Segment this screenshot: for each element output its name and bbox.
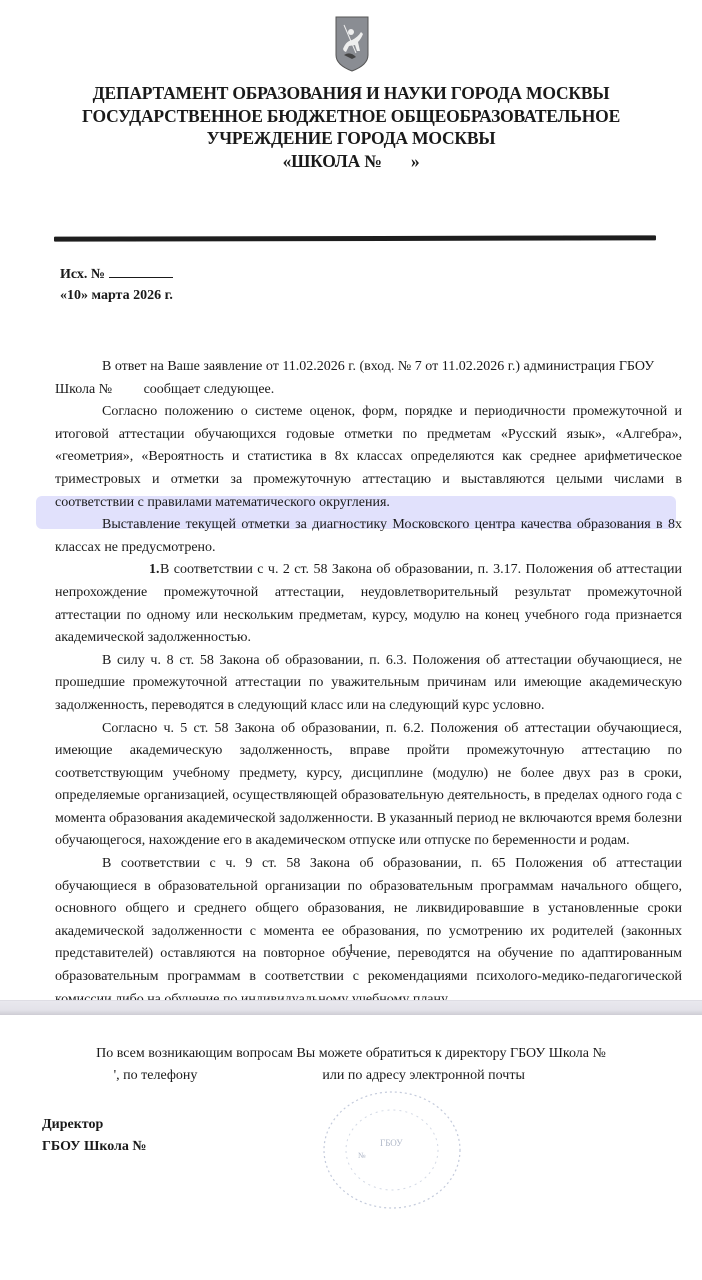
moscow-coat-of-arms-icon	[334, 15, 370, 73]
signature-block: Директор ГБОУ Школа №	[42, 1114, 146, 1158]
paragraph-highlighted-mcko: Выставление текущей отметки за диагности…	[55, 514, 682, 559]
outgoing-number-label: Исх. №	[60, 267, 105, 282]
letterhead-divider	[54, 235, 656, 241]
signer-title: Директор	[42, 1114, 146, 1136]
paragraph-item-1: 1.В соответствии с ч. 2 ст. 58 Закона об…	[55, 559, 682, 649]
contact-line-1: По всем возникающим вопросам Вы можете о…	[0, 1043, 702, 1065]
paragraph-intro-line1: В ответ на Ваше заявление от 11.02.2026 …	[55, 356, 682, 379]
letterhead: ДЕПАРТАМЕНТ ОБРАЗОВАНИЯ И НАУКИ ГОРОДА М…	[0, 82, 702, 172]
outgoing-number-blank	[109, 265, 173, 278]
contact-line-2: ', по телефону или по адресу электронной…	[0, 1065, 702, 1087]
contact-email-label: или по адресу электронной почты	[322, 1068, 524, 1083]
paragraph-repeat-year: В соответствии с ч. 9 ст. 58 Закона об о…	[55, 853, 682, 1011]
department-name: ДЕПАРТАМЕНТ ОБРАЗОВАНИЯ И НАУКИ ГОРОДА М…	[0, 82, 702, 105]
contact-info: По всем возникающим вопросам Вы можете о…	[0, 1043, 702, 1087]
institution-type: ГОСУДАРСТВЕННОЕ БЮДЖЕТНОЕ ОБЩЕОБРАЗОВАТЕ…	[0, 105, 702, 128]
contact-phone-label: ', по телефону	[114, 1068, 198, 1083]
letter-body: В ответ на Ваше заявление от 11.02.2026 …	[55, 356, 682, 1011]
paragraph-conditional-transfer: В силу ч. 8 ст. 58 Закона об образовании…	[55, 650, 682, 718]
outgoing-reference: Исх. № «10» марта 2026 г.	[60, 264, 173, 306]
document-page-1: ДЕПАРТАМЕНТ ОБРАЗОВАНИЯ И НАУКИ ГОРОДА М…	[0, 0, 702, 993]
official-seal-icon: ГБОУ №	[320, 1088, 465, 1213]
svg-text:№: №	[358, 1151, 366, 1160]
institution-city: УЧРЕЖДЕНИЕ ГОРОДА МОСКВЫ	[0, 127, 702, 150]
paragraph-grading-rules: Согласно положению о системе оценок, фор…	[55, 401, 682, 514]
paragraph-intro-line2: Школа № сообщает следующее.	[55, 379, 682, 402]
letter-date: «10» марта 2026 г.	[60, 285, 173, 306]
item-number: 1.	[102, 559, 160, 582]
page-separator	[0, 1000, 702, 1016]
svg-text:ГБОУ: ГБОУ	[380, 1138, 403, 1148]
paragraph-retake-rules: Согласно ч. 5 ст. 58 Закона об образован…	[55, 718, 682, 854]
signer-organization: ГБОУ Школа №	[42, 1136, 146, 1158]
school-name: «ШКОЛА № »	[0, 150, 702, 173]
page-number: 1	[0, 942, 702, 958]
